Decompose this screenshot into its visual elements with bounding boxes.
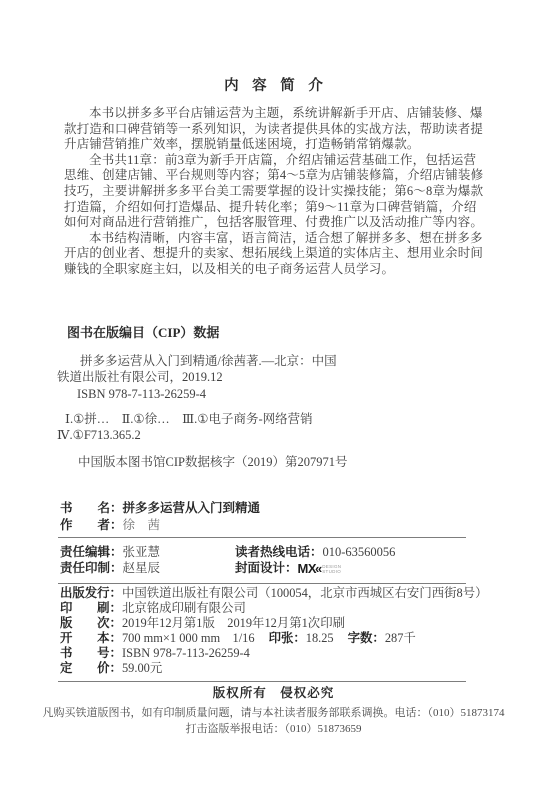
- book-title-row: 书 名：拼多多运营从入门到精通: [60, 500, 468, 517]
- printing-supervisor-label: 责任印制：: [60, 561, 123, 575]
- cip-header: 图书在版编目（CIP）数据: [67, 322, 469, 341]
- book-title-label: 书 名：: [60, 501, 123, 515]
- printing-supervisor-value: 赵星辰: [123, 561, 161, 575]
- publisher-row: 出版发行：中国铁道出版社有限公司（100054，北京市西城区右安门西街8号）: [60, 586, 490, 601]
- printing-cover-row: 责任印制：赵星辰封面设计：MX«DESIGNSTUDIO: [60, 561, 468, 577]
- cip-classification: Ⅰ.①拼… Ⅱ.①徐… Ⅲ.①电子商务-网络营销 Ⅳ.①F713.365.2: [57, 411, 469, 444]
- cip-section: 图书在版编目（CIP）数据 拼多多运营从入门到精通/徐茜著.—北京：中国 铁道出…: [57, 322, 469, 470]
- cip-class-line: Ⅰ.①拼… Ⅱ.①徐… Ⅲ.①电子商务-网络营销: [57, 411, 469, 427]
- mx-design-studio-logo: MX«DESIGNSTUDIO: [298, 562, 342, 575]
- logo-subtext-line2: STUDIO: [322, 570, 341, 575]
- summary-line: 如何对商品进行营销推广，包括客服管理、付费推广以及活动推广等内容。: [64, 215, 488, 231]
- price-label: 定 价：: [60, 661, 122, 675]
- summary-line: 款打造和口碑营销等一系列知识，为读者提供具体的实战方法，帮助读者提: [64, 122, 488, 138]
- summary-line: 开店的创业者、想提升的卖家、想拓展线上渠道的实体店主、想用业余时间: [64, 246, 488, 262]
- summary-line: 思维、创建店铺、平台规则等内容；第4～5章为店铺装修篇，介绍店铺装修: [64, 168, 488, 184]
- cip-class-line: Ⅳ.①F713.365.2: [57, 427, 469, 443]
- publisher-label: 出版发行：: [60, 586, 122, 600]
- quality-notice: 凡购买铁道版图书，如有印制质量问题，请与本社读者服务部联系调换。电话：（010）…: [30, 706, 517, 722]
- printer-label: 印 刷：: [60, 601, 122, 615]
- content-summary-section: 内 容 简 介 本书以拼多多平台店铺运营为主题，系统讲解新手开店、店铺装修、爆 …: [64, 74, 488, 278]
- format-label: 开 本：: [60, 631, 122, 645]
- logo-mx-text: MX: [298, 562, 317, 575]
- format-value: 700 mm×1 000 mm 1/16: [122, 631, 255, 645]
- summary-line: 升店铺营销推广效率，摆脱销量低迷困境，打造畅销常销爆款。: [64, 137, 488, 153]
- divider: [58, 583, 466, 584]
- author-label: 作 者：: [60, 518, 123, 532]
- printer-row: 印 刷：北京铭成印刷有限公司: [60, 601, 490, 616]
- edition-label: 版 次：: [60, 616, 122, 630]
- word-count-label: 字数：: [348, 631, 385, 645]
- summary-line: 打造篇，介绍如何打造爆品、提升转化率；第9～11章为口碑营销篇，介绍: [64, 200, 488, 216]
- edition-value: 2019年12月第1版 2019年12月第1次印刷: [122, 616, 345, 630]
- editor-label: 责任编辑：: [60, 545, 123, 559]
- summary-line: 本书以拼多多平台店铺运营为主题，系统讲解新手开店、店铺装修、爆: [64, 106, 488, 122]
- hotline-label: 读者热线电话：: [235, 545, 323, 559]
- rights-statement: 版权所有 侵权必究: [30, 683, 517, 701]
- editor-cell: 责任编辑：张亚慧: [60, 545, 235, 561]
- content-summary-title: 内 容 简 介: [64, 74, 488, 95]
- edition-row: 版 次：2019年12月第1版 2019年12月第1次印刷: [60, 616, 490, 631]
- cover-design-label: 封面设计：: [235, 561, 298, 575]
- isbn-value: ISBN 978-7-113-26259-4: [122, 646, 250, 660]
- publisher-value: 中国铁道出版社有限公司（100054，北京市西城区右安门西街8号）: [122, 586, 488, 600]
- summary-line: 赚钱的全职家庭主妇，以及相关的电子商务运营人员学习。: [64, 262, 488, 278]
- publication-section: 出版发行：中国铁道出版社有限公司（100054，北京市西城区右安门西街8号） 印…: [60, 586, 490, 675]
- staff-section: 责任编辑：张亚慧读者热线电话：010-63560056 责任印制：赵星辰封面设计…: [60, 545, 468, 576]
- divider: [58, 537, 466, 538]
- sheets-label: 印张：: [269, 631, 306, 645]
- summary-line: 技巧，主要讲解拼多多平台美工需要掌握的设计实操技能；第6～8章为爆款: [64, 184, 488, 200]
- isbn-label: 书 号：: [60, 646, 122, 660]
- editor-hotline-row: 责任编辑：张亚慧读者热线电话：010-63560056: [60, 545, 468, 561]
- sheets-value: 18.25: [306, 631, 334, 645]
- author-value: 徐 茜: [123, 518, 161, 532]
- divider: [58, 681, 466, 682]
- book-info-section: 书 名：拼多多运营从入门到精通 作 者：徐 茜: [60, 500, 468, 533]
- editor-value: 张亚慧: [123, 545, 161, 559]
- cip-record-line: 铁道出版社有限公司，2019.12: [57, 369, 469, 385]
- cip-registry-number: 中国版本图书馆CIP数据核字（2019）第207971号: [57, 452, 469, 470]
- copyright-footer: 版权所有 侵权必究 凡购买铁道版图书，如有印制质量问题，请与本社读者服务部联系调…: [30, 683, 517, 737]
- cip-record: 拼多多运营从入门到精通/徐茜著.—北京：中国 铁道出版社有限公司，2019.12…: [57, 353, 469, 402]
- piracy-report-line: 打击盗版举报电话：（010）51873659: [30, 722, 517, 738]
- printing-supervisor-cell: 责任印制：赵星辰: [60, 561, 235, 577]
- author-row: 作 者：徐 茜: [60, 517, 468, 534]
- cip-isbn-line: ISBN 978-7-113-26259-4: [57, 386, 469, 402]
- logo-subtext: DESIGNSTUDIO: [322, 565, 341, 575]
- hotline-value: 010-63560056: [323, 545, 396, 559]
- printer-value: 北京铭成印刷有限公司: [122, 601, 246, 615]
- cip-record-line: 拼多多运营从入门到精通/徐茜著.—北京：中国: [57, 353, 469, 369]
- isbn-row: 书 号：ISBN 978-7-113-26259-4: [60, 646, 490, 661]
- copyright-page: 内 容 简 介 本书以拼多多平台店铺运营为主题，系统讲解新手开店、店铺装修、爆 …: [0, 0, 547, 800]
- book-title-value: 拼多多运营从入门到精通: [123, 501, 261, 515]
- price-value: 59.00元: [122, 661, 162, 675]
- price-row: 定 价：59.00元: [60, 661, 490, 676]
- summary-line: 全书共11章：前3章为新手开店篇，介绍店铺运营基础工作，包括运营: [64, 153, 488, 169]
- word-count-value: 287千: [385, 631, 416, 645]
- format-row: 开 本：700 mm×1 000 mm 1/16印张：18.25字数：287千: [60, 631, 490, 646]
- summary-line: 本书结构清晰，内容丰富，语言简洁，适合想了解拼多多、想在拼多多: [64, 231, 488, 247]
- logo-chevron-icon: «: [315, 562, 320, 575]
